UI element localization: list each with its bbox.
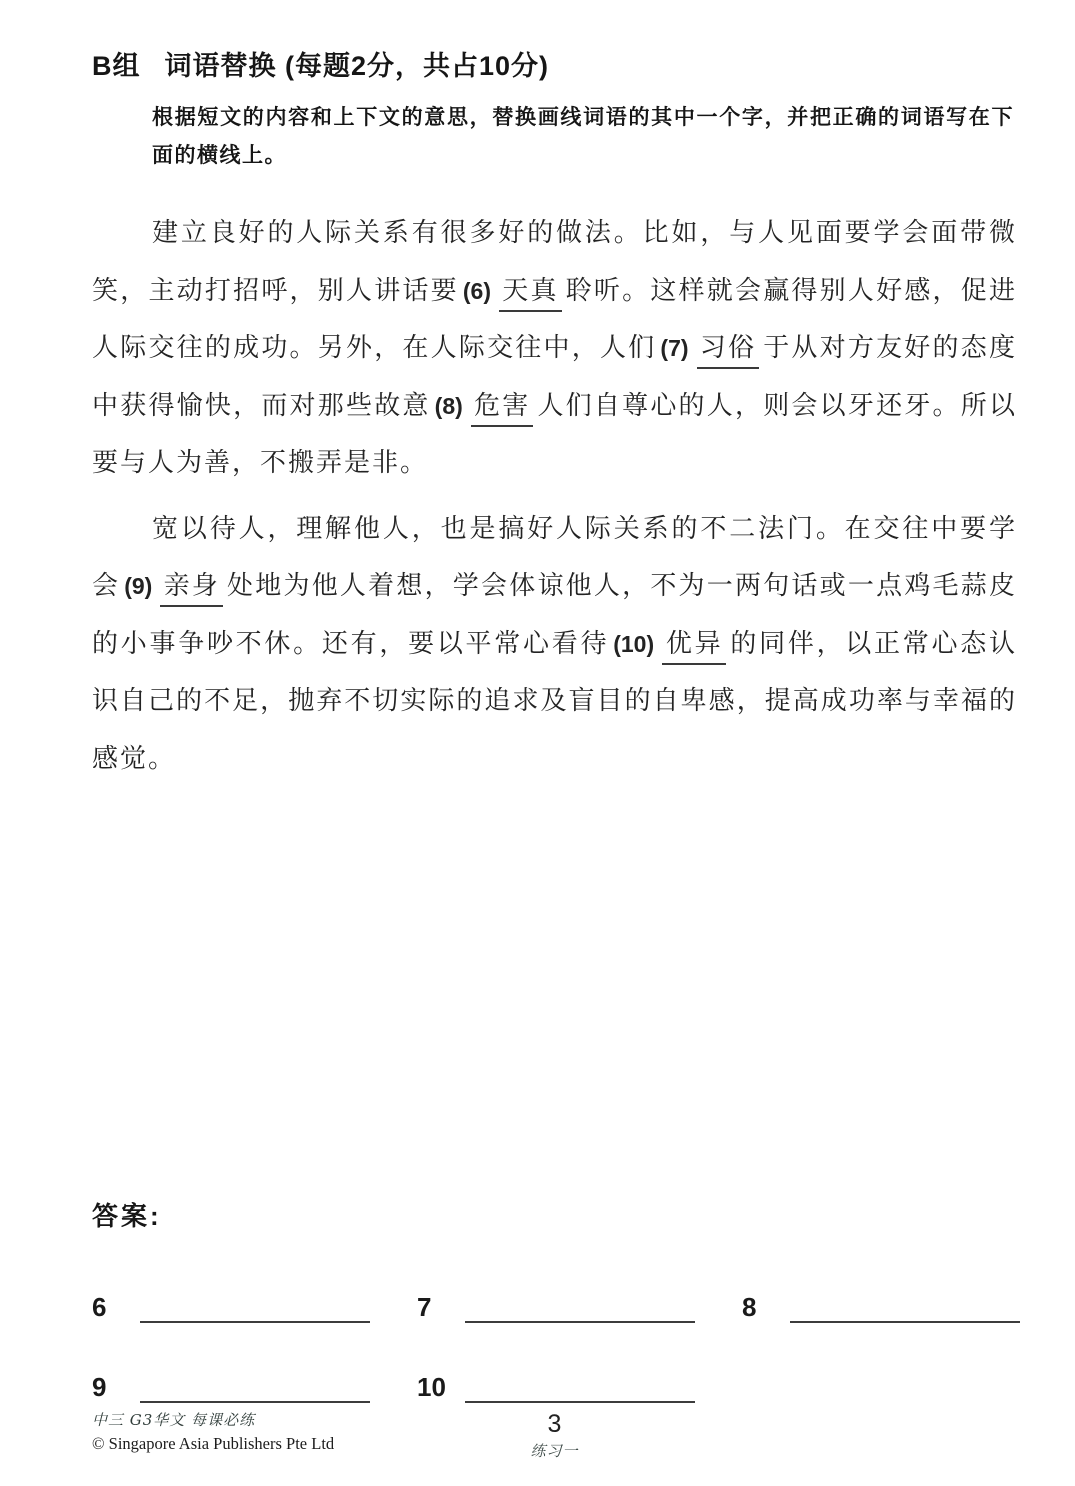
passage-paragraph: 建立良好的人际关系有很多好的做法。比如，与人见面要学会面带微笑，主动打招呼，别人…	[92, 205, 1017, 493]
instructions-text: 根据短文的内容和上下文的意思，替换画线词语的其中一个字，并把正确的词语写在下面的…	[152, 99, 1014, 175]
answer-blank-7: 7	[417, 1291, 742, 1323]
section-header: B组 词语替换 (每题2分，共占10分)	[92, 44, 1017, 83]
exercise-label: 练习一	[92, 1440, 1017, 1461]
underlined-word: 亲身	[160, 571, 223, 607]
answer-blank-10: 10	[417, 1371, 742, 1403]
question-number-marker: (6)	[463, 278, 491, 304]
answer-blank-line	[140, 1371, 370, 1403]
answers-label: 答案:	[92, 1196, 1017, 1233]
underlined-word: 优异	[662, 629, 726, 665]
answer-blank-line	[140, 1291, 370, 1323]
answer-blank-8: 8	[742, 1291, 1067, 1323]
answers-section: 答案: 6 7 8 9 10	[92, 1196, 1017, 1403]
passage-paragraph: 宽以待人，理解他人，也是搞好人际关系的不二法门。在交往中要学会(9)亲身处地为他…	[92, 501, 1017, 789]
footer-center: 3 练习一	[92, 1410, 1017, 1461]
section-label: B组	[92, 44, 141, 83]
answer-blank-6: 6	[92, 1291, 417, 1323]
answer-row-2: 9 10	[92, 1371, 1017, 1403]
answer-blank-line	[465, 1291, 695, 1323]
answer-blank-line	[790, 1291, 1020, 1323]
question-number-marker: (7)	[660, 335, 688, 361]
underlined-word: 危害	[471, 391, 534, 427]
question-number-marker: (10)	[613, 631, 654, 657]
passage: 建立良好的人际关系有很多好的做法。比如，与人见面要学会面带微笑，主动打招呼，别人…	[92, 205, 1017, 788]
question-number-marker: (9)	[124, 573, 152, 599]
section-title: 词语替换 (每题2分，共占10分)	[165, 44, 550, 83]
underlined-word: 天真	[499, 276, 562, 312]
answer-number: 8	[742, 1292, 790, 1323]
page-content: B组 词语替换 (每题2分，共占10分) 根据短文的内容和上下文的意思，替换画线…	[92, 44, 1017, 788]
worksheet-page: B组 词语替换 (每题2分，共占10分) 根据短文的内容和上下文的意思，替换画线…	[0, 0, 1075, 1486]
answer-number: 10	[417, 1372, 465, 1403]
question-number-marker: (8)	[435, 393, 463, 419]
answer-blank-9: 9	[92, 1371, 417, 1403]
answer-number: 7	[417, 1292, 465, 1323]
answer-blank-line	[465, 1371, 695, 1403]
underlined-word: 习俗	[697, 333, 760, 369]
answer-number: 9	[92, 1372, 140, 1403]
page-number: 3	[92, 1410, 1017, 1438]
answer-row-1: 6 7 8	[92, 1291, 1017, 1323]
answer-number: 6	[92, 1292, 140, 1323]
